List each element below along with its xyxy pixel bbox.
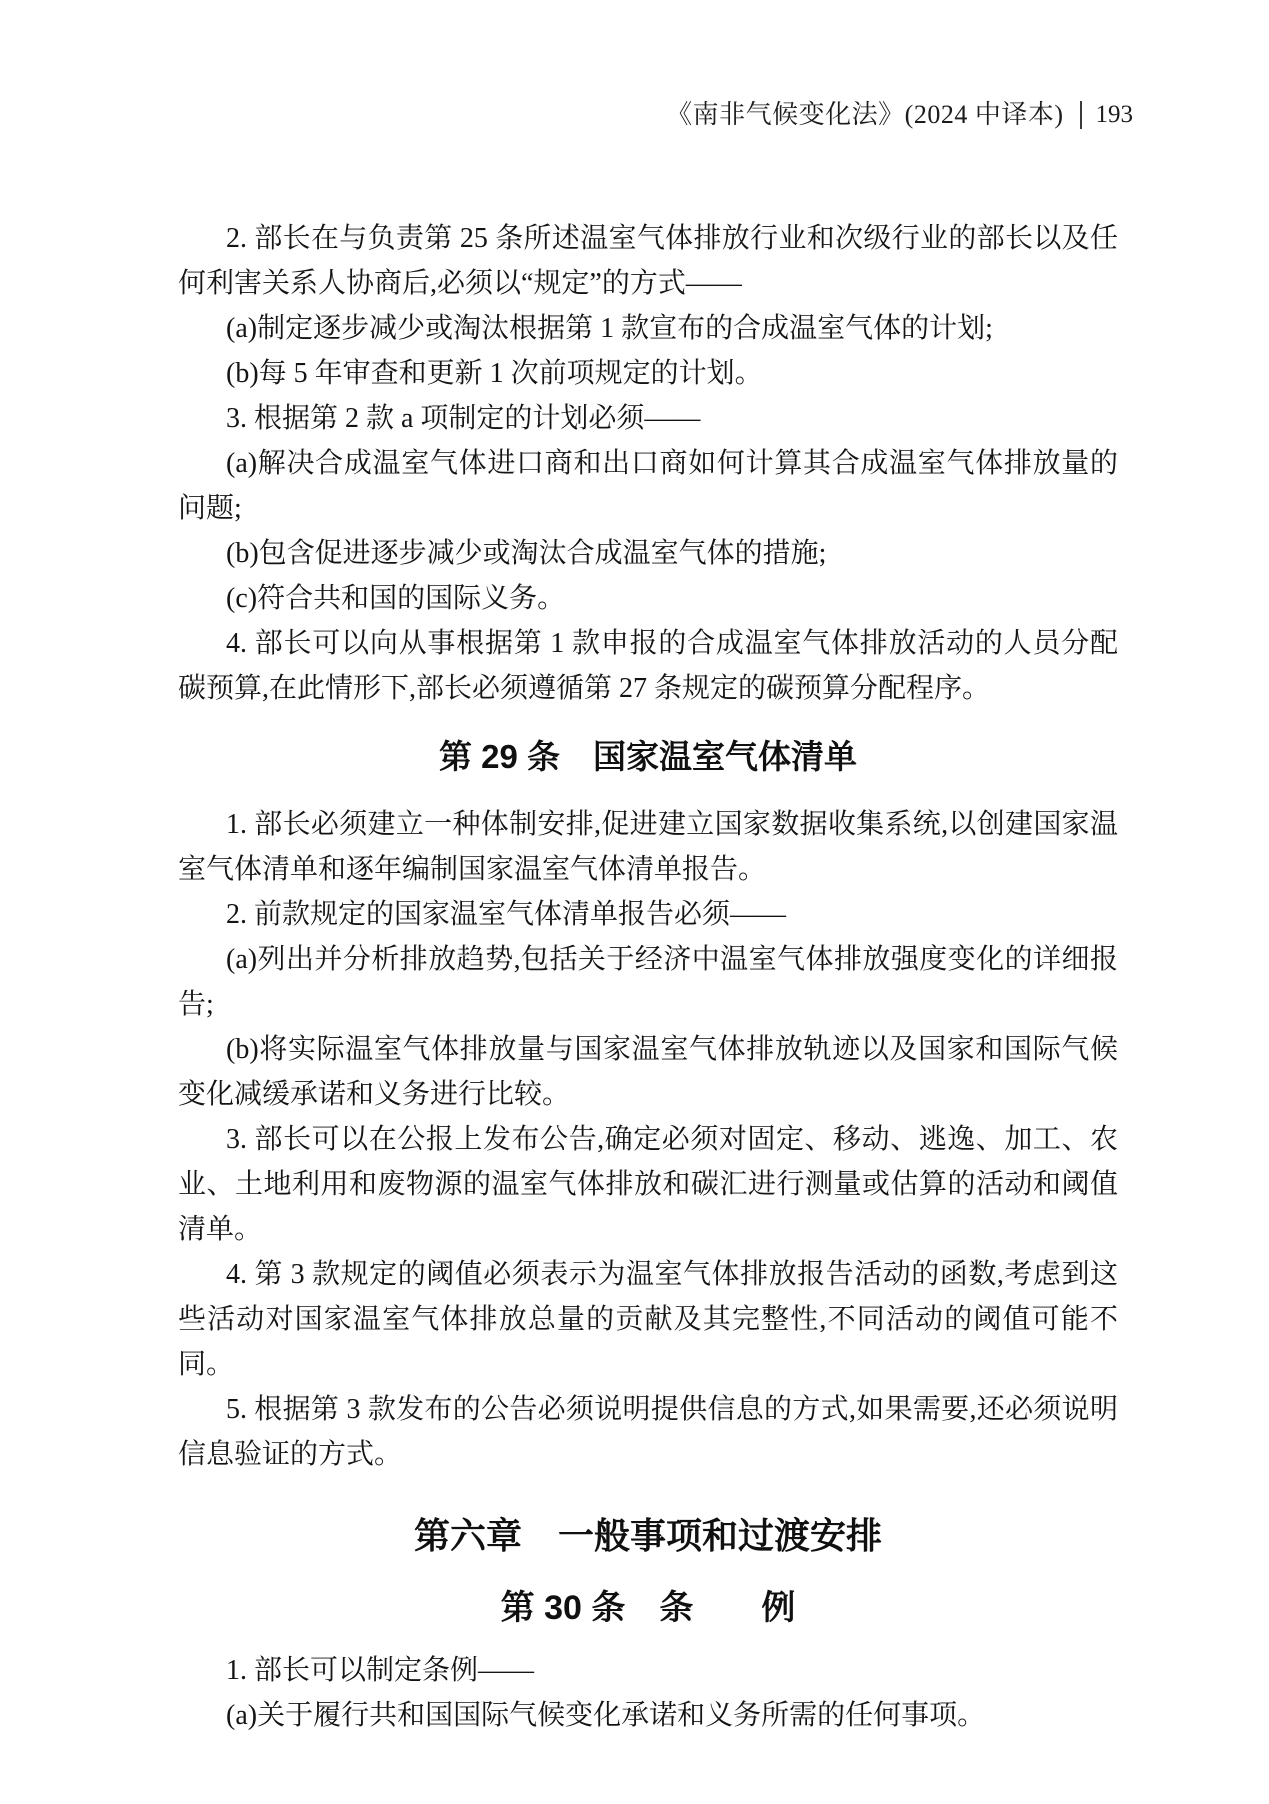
paragraph-art30-clause-1a: (a)关于履行共和国国际气候变化承诺和义务所需的任何事项。	[178, 1693, 1118, 1738]
paragraph-art29-clause-3: 3. 部长可以在公报上发布公告,确定必须对固定、移动、逃逸、加工、农业、土地利用…	[178, 1117, 1118, 1252]
document-body: 2. 部长在与负责第 25 条所述温室气体排放行业和次级行业的部长以及任何利害关…	[178, 216, 1118, 1738]
paragraph-clause-2a: (a)制定逐步减少或淘汰根据第 1 款宣布的合成温室气体的计划;	[178, 306, 1118, 351]
paragraph-clause-3b: (b)包含促进逐步减少或淘汰合成温室气体的措施;	[178, 531, 1118, 576]
page-number: 193	[1096, 98, 1134, 132]
paragraph-art29-clause-4: 4. 第 3 款规定的阈值必须表示为温室气体排放报告活动的函数,考虑到这些活动对…	[178, 1252, 1118, 1387]
article-30-heading: 第 30 条 条 例	[178, 1584, 1118, 1632]
paragraph-clause-3c: (c)符合共和国的国际义务。	[178, 576, 1118, 621]
article-29-heading: 第 29 条 国家温室气体清单	[178, 734, 1118, 779]
paragraph-art29-clause-2b: (b)将实际温室气体排放量与国家温室气体排放轨迹以及国家和国际气候变化减缓承诺和…	[178, 1027, 1118, 1117]
paragraph-art29-clause-5: 5. 根据第 3 款发布的公告必须说明提供信息的方式,如果需要,还必须说明信息验…	[178, 1387, 1118, 1477]
paragraph-clause-4: 4. 部长可以向从事根据第 1 款申报的合成温室气体排放活动的人员分配碳预算,在…	[178, 621, 1118, 711]
paragraph-clause-2b: (b)每 5 年审查和更新 1 次前项规定的计划。	[178, 351, 1118, 396]
header-divider-rule	[1080, 101, 1082, 129]
paragraph-art29-clause-1: 1. 部长必须建立一种体制安排,促进建立国家数据收集系统,以创建国家温室气体清单…	[178, 802, 1118, 892]
paragraph-clause-2: 2. 部长在与负责第 25 条所述温室气体排放行业和次级行业的部长以及任何利害关…	[178, 216, 1118, 306]
running-head: 《南非气候变化法》(2024 中译本) 193	[666, 98, 1133, 132]
paragraph-art30-clause-1: 1. 部长可以制定条例——	[178, 1648, 1118, 1693]
paragraph-art29-clause-2a: (a)列出并分析排放趋势,包括关于经济中温室气体排放强度变化的详细报告;	[178, 937, 1118, 1027]
paragraph-art29-clause-2: 2. 前款规定的国家温室气体清单报告必须——	[178, 892, 1118, 937]
paragraph-clause-3a: (a)解决合成温室气体进口商和出口商如何计算其合成温室气体排放量的问题;	[178, 441, 1118, 531]
document-page: 《南非气候变化法》(2024 中译本) 193 2. 部长在与负责第 25 条所…	[0, 0, 1269, 1804]
paragraph-clause-3: 3. 根据第 2 款 a 项制定的计划必须——	[178, 396, 1118, 441]
chapter-6-heading: 第六章 一般事项和过渡安排	[178, 1512, 1118, 1560]
running-head-book-title: 《南非气候变化法》(2024 中译本)	[666, 98, 1063, 132]
